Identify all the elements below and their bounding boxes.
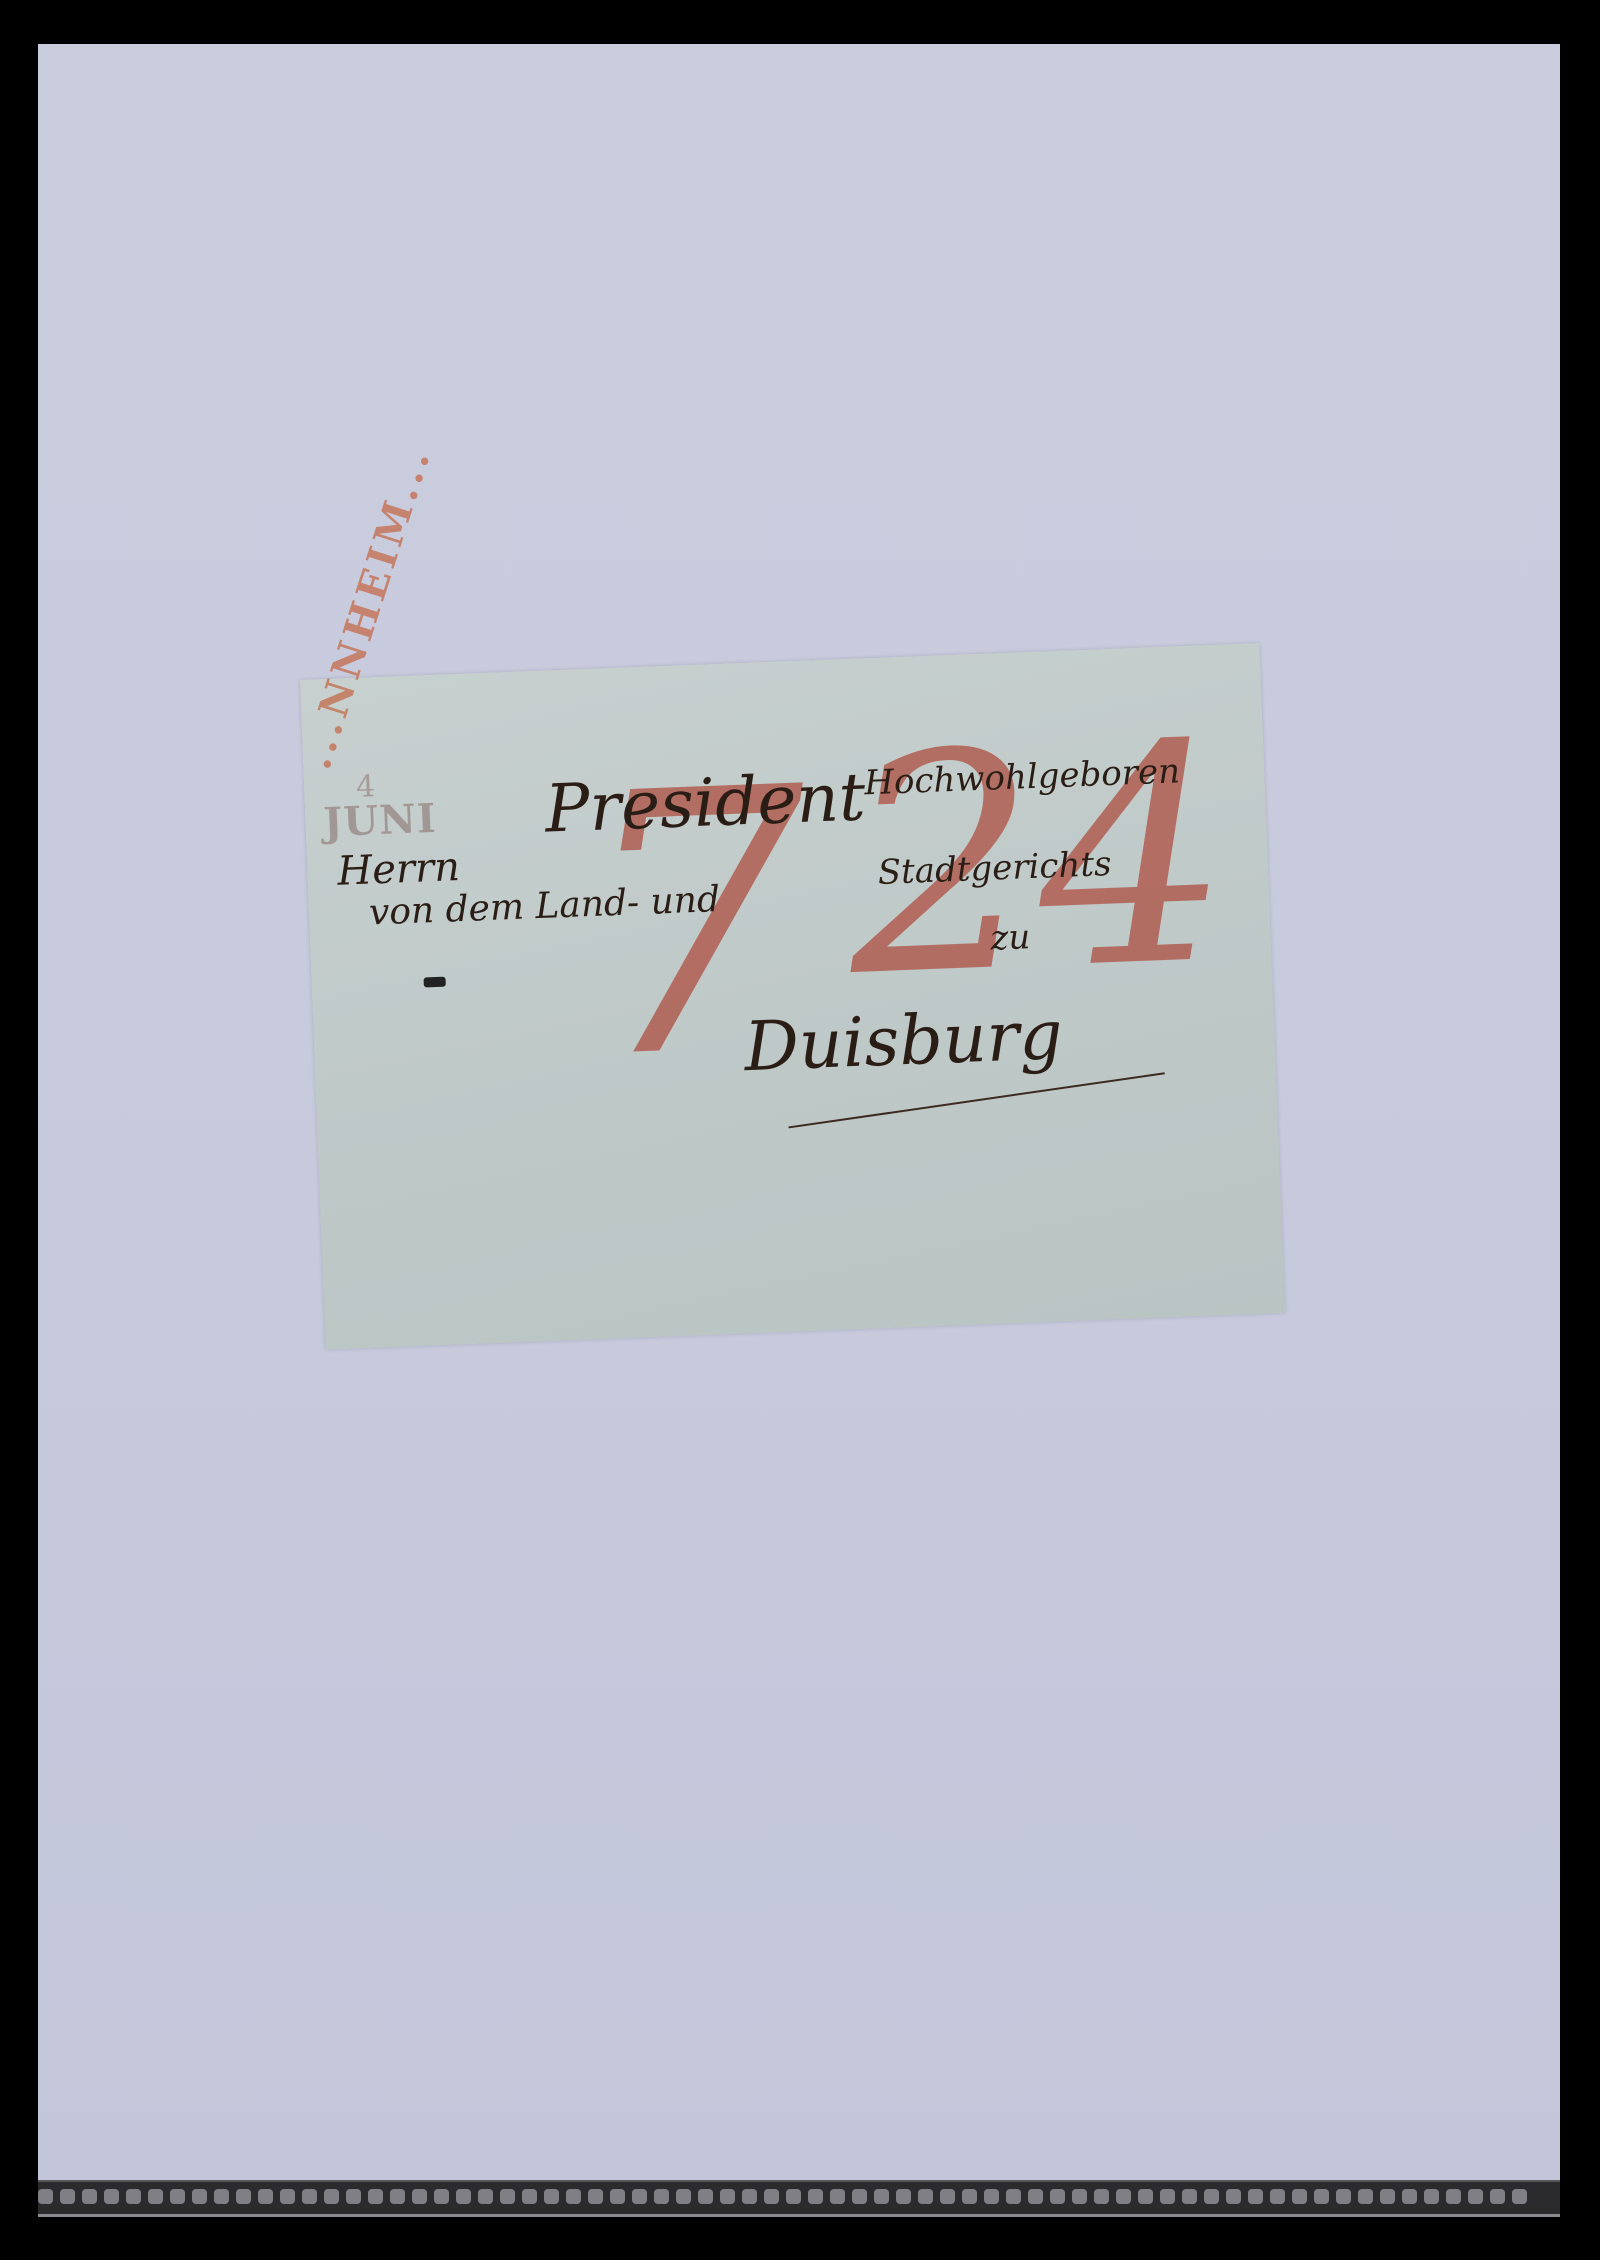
binding-hole: [1116, 2189, 1131, 2204]
address-city: Duisburg: [743, 996, 1064, 1087]
binding-hole: [676, 2189, 691, 2204]
binding-hole: [236, 2189, 251, 2204]
binding-hole: [192, 2189, 207, 2204]
binding-hole: [302, 2189, 317, 2204]
address-preposition: zu: [990, 917, 1031, 958]
binding-hole: [1094, 2189, 1109, 2204]
binding-hole: [984, 2189, 999, 2204]
binding-hole: [654, 2189, 669, 2204]
binding-hole: [786, 2189, 801, 2204]
binding-hole: [544, 2189, 559, 2204]
binding-hole: [170, 2189, 185, 2204]
binding-hole: [764, 2189, 779, 2204]
album-binding-strip: [38, 2180, 1560, 2217]
address-title: President: [544, 758, 867, 847]
binding-hole: [566, 2189, 581, 2204]
binding-hole: [478, 2189, 493, 2204]
binding-hole: [1512, 2189, 1527, 2204]
binding-hole: [1204, 2189, 1219, 2204]
binding-hole: [1248, 2189, 1263, 2204]
binding-hole: [1446, 2189, 1461, 2204]
binding-hole: [1314, 2189, 1329, 2204]
binding-hole: [346, 2189, 361, 2204]
binding-hole: [1160, 2189, 1175, 2204]
address-salutation: Herrn: [337, 844, 461, 895]
binding-hole: [918, 2189, 933, 2204]
binding-hole: [1336, 2189, 1351, 2204]
binding-hole: [434, 2189, 449, 2204]
ink-blot: [424, 977, 446, 988]
binding-hole: [1424, 2189, 1439, 2204]
binding-hole: [588, 2189, 603, 2204]
binding-hole: [1402, 2189, 1417, 2204]
binding-hole: [390, 2189, 405, 2204]
binding-hole: [1292, 2189, 1307, 2204]
binding-hole: [808, 2189, 823, 2204]
binding-hole: [874, 2189, 889, 2204]
binding-hole: [456, 2189, 471, 2204]
binding-hole: [60, 2189, 75, 2204]
binding-hole: [1380, 2189, 1395, 2204]
binding-hole: [962, 2189, 977, 2204]
binding-hole: [412, 2189, 427, 2204]
binding-hole: [698, 2189, 713, 2204]
binding-hole: [1358, 2189, 1373, 2204]
binding-hole: [742, 2189, 757, 2204]
binding-hole: [500, 2189, 515, 2204]
binding-hole: [940, 2189, 955, 2204]
binding-hole: [1182, 2189, 1197, 2204]
binding-hole: [610, 2189, 625, 2204]
binding-hole: [368, 2189, 383, 2204]
binding-hole: [214, 2189, 229, 2204]
letter-cover: ...NNHEIM... 4 JUNI 7 24 Herrn President…: [300, 643, 1285, 1349]
binding-hole: [148, 2189, 163, 2204]
binding-hole: [1006, 2189, 1021, 2204]
binding-hole: [38, 2189, 53, 2204]
binding-hole: [82, 2189, 97, 2204]
binding-hole: [324, 2189, 339, 2204]
binding-hole: [632, 2189, 647, 2204]
binding-hole: [830, 2189, 845, 2204]
binding-hole: [280, 2189, 295, 2204]
binding-hole: [1490, 2189, 1505, 2204]
postmark-month: JUNI: [323, 795, 438, 846]
binding-hole: [720, 2189, 735, 2204]
binding-hole: [258, 2189, 273, 2204]
binding-hole: [1138, 2189, 1153, 2204]
binding-hole: [852, 2189, 867, 2204]
binding-hole: [126, 2189, 141, 2204]
binding-holes: [38, 2189, 1560, 2205]
binding-hole: [522, 2189, 537, 2204]
binding-hole: [1226, 2189, 1241, 2204]
binding-hole: [896, 2189, 911, 2204]
binding-hole: [1072, 2189, 1087, 2204]
binding-hole: [1468, 2189, 1483, 2204]
binding-hole: [104, 2189, 119, 2204]
binding-hole: [1270, 2189, 1285, 2204]
binding-hole: [1028, 2189, 1043, 2204]
binding-hole: [1050, 2189, 1065, 2204]
